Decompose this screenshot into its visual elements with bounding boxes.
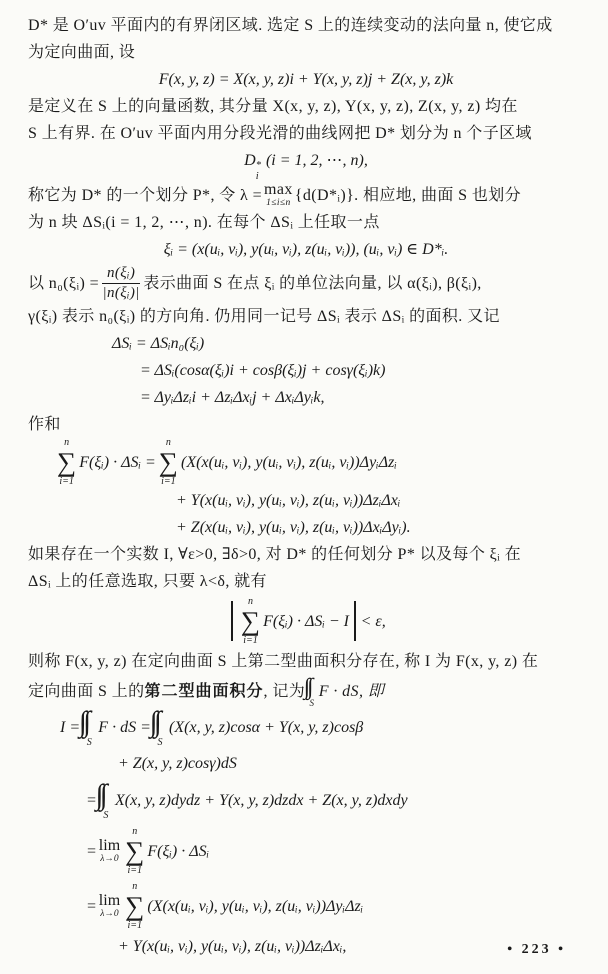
double-integral-glyph: ∫∫ [154, 708, 166, 737]
equation-I-line-1: I = ∫∫S F · dS = ∫∫S (X(x, y, z)cosα + Y… [60, 708, 584, 748]
sigma-symbol: n∑i=1 [125, 827, 144, 876]
definition-text-pre: 定向曲面 S 上的 [28, 678, 145, 705]
body-line-4: S 上有界. 在 O′uv 平面内用分段光滑的曲线网把 D* 划分为 n 个子区… [28, 120, 584, 147]
lim2-rhs: (X(x(uᵢ, vᵢ), y(uᵢ, vᵢ), z(uᵢ, vᵢ))ΔyᵢΔz… [147, 893, 363, 920]
sum-glyph: ∑ [125, 838, 144, 865]
lim-operator: limλ→0 [99, 893, 120, 920]
page-number: • 223 • [507, 942, 566, 958]
equals-sign: = [86, 893, 97, 920]
lim-label: lim [99, 893, 120, 909]
definition-text-mid: , 记为 [264, 678, 306, 705]
max-label: max [264, 182, 293, 198]
sum-lower-limit: i=1 [59, 476, 74, 487]
body-line-10: 如果存在一个实数 I, ∀ε>0, ∃δ>0, 对 D* 的任何划分 P* 以及… [28, 541, 584, 568]
body-line-5: 称它为 D* 的一个划分 P*, 令 λ = max1≤i≤n {d(D*ᵢ)}… [28, 182, 584, 209]
equation-riemann-sum-2: + Y(x(uᵢ, vᵢ), y(uᵢ, vᵢ), z(uᵢ, vᵢ))ΔzᵢΔ… [176, 487, 584, 514]
lim-limits: λ→0 [100, 909, 118, 920]
body-line-7: 以 n₀(ξᵢ) = n(ξᵢ)|n(ξᵢ)| 表示曲面 S 在点 ξᵢ 的单位… [28, 265, 584, 303]
double-integral-glyph: ∫∫ [307, 675, 317, 698]
body-line-6: 为 n 块 ΔSᵢ(i = 1, 2, ⋯, n). 在每个 ΔSᵢ 上任取一点 [28, 209, 584, 236]
body-line-8: γ(ξᵢ) 表示 n₀(ξᵢ) 的方向角. 仍用同一记号 ΔSᵢ 表示 ΔSᵢ … [28, 303, 584, 330]
Di-base: D [244, 152, 256, 169]
equation-I-dydz: = ∫∫S X(x, y, z)dydz + Y(x, y, z)dzdx + … [86, 781, 584, 821]
body-line-2: 为定向曲面, 设 [28, 39, 584, 66]
double-integral-symbol: ∫∫S [100, 781, 112, 821]
sum-lower-limit: i=1 [128, 865, 143, 876]
double-integral-symbol: ∫∫S [83, 708, 95, 748]
body-line-13: 定向曲面 S 上的第二型曲面积分, 记为 ∫∫S F · dS, 即 [28, 675, 584, 708]
equation-xi-point: ξᵢ = (x(uᵢ, vᵢ), y(uᵢ, vᵢ), z(uᵢ, vᵢ)), … [28, 236, 584, 263]
double-integral-glyph: ∫∫ [83, 708, 95, 737]
sum-glyph: ∑ [57, 449, 76, 476]
I-equals: I = [60, 714, 80, 741]
Di-rest: (i = 1, 2, ⋯, n), [262, 152, 368, 169]
equation-I-line-2: + Z(x, y, z)cosγ)dS [118, 750, 584, 777]
sigma-symbol: n∑i=1 [125, 882, 144, 931]
lim-limits: λ→0 [100, 854, 118, 865]
sigma-symbol: n∑i=1 [241, 597, 260, 646]
equation-delta-S-2: = ΔSᵢ(cosα(ξᵢ)i + cosβ(ξᵢ)j + cosγ(ξᵢ)k) [140, 357, 584, 384]
max-operator: max1≤i≤n [264, 182, 293, 209]
equals-sign: = [86, 838, 97, 865]
sum-rhs-1: (X(x(uᵢ, vᵢ), y(uᵢ, vᵢ), z(uᵢ, vᵢ))ΔyᵢΔz… [181, 449, 397, 476]
body-line-12: 则称 F(x, y, z) 在定向曲面 S 上第二型曲面积分存在, 称 I 为 … [28, 648, 584, 675]
equals-sign: = [86, 787, 97, 814]
partition-text-pre: 称它为 D* 的一个划分 P*, 令 λ = [28, 182, 262, 209]
equation-riemann-sum-3: + Z(x(uᵢ, vᵢ), y(uᵢ, vᵢ), z(uᵢ, vᵢ))ΔxᵢΔ… [176, 514, 584, 541]
equation-riemann-sum-1: n∑i=1 F(ξᵢ) · ΔSᵢ = n∑i=1 (X(x(uᵢ, vᵢ), … [54, 438, 584, 487]
max-limits: 1≤i≤n [266, 198, 291, 209]
equation-delta-S-1: ΔSᵢ = ΔSᵢn₀(ξᵢ) [112, 330, 584, 357]
equation-epsilon-bound: n∑i=1 F(ξᵢ) · ΔSᵢ − I < ε, [28, 597, 584, 646]
double-integral-glyph: ∫∫ [100, 781, 112, 810]
Di-superscript: * [256, 161, 261, 172]
integral-domain-S: S [310, 698, 315, 708]
integral-domain-S: S [103, 810, 108, 821]
fraction-denominator: |n(ξᵢ)| [102, 284, 139, 302]
fraction-unit-normal: n(ξᵢ)|n(ξᵢ)| [102, 265, 140, 303]
sum-glyph: ∑ [125, 893, 144, 920]
abs-bar-right [354, 601, 356, 641]
sum-lower-limit: i=1 [128, 920, 143, 931]
lim-operator: limλ→0 [99, 838, 120, 865]
lim1-rhs: F(ξᵢ) · ΔSᵢ [147, 838, 209, 865]
sum-glyph: ∑ [159, 449, 178, 476]
sigma-symbol: n∑i=1 [57, 438, 76, 487]
sum-lower-limit: i=1 [243, 635, 258, 646]
I-mid: F · dS = [98, 714, 151, 741]
double-integral-symbol: ∫∫S [307, 675, 317, 708]
I-rhs-1: (X(x, y, z)cosα + Y(x, y, z)cosβ [169, 714, 363, 741]
double-integral-symbol: ∫∫S [154, 708, 166, 748]
fraction-numerator: n(ξᵢ) [102, 265, 140, 284]
abs-tail: < ε, [361, 608, 386, 635]
abs-middle: F(ξᵢ) · ΔSᵢ − I [263, 608, 349, 635]
integral-domain-S: S [87, 737, 92, 748]
equation-vector-field-F: F(x, y, z) = X(x, y, z)i + Y(x, y, z)j +… [28, 66, 584, 93]
partition-text-post: {d(D*ᵢ)}. 相应地, 曲面 S 也划分 [295, 182, 521, 209]
sum-lhs: F(ξᵢ) · ΔSᵢ = [79, 449, 156, 476]
textbook-page: D* 是 O′uv 平面内的有界闭区域. 选定 S 上的连续变动的法向量 n, … [0, 0, 608, 974]
body-line-11: ΔSᵢ 上的任意选取, 只要 λ<δ, 就有 [28, 568, 584, 595]
body-line-9: 作和 [28, 411, 584, 438]
body-line-3: 是定义在 S 上的向量函数, 其分量 X(x, y, z), Y(x, y, z… [28, 93, 584, 120]
unit-normal-text-pre: 以 n₀(ξᵢ) = [28, 270, 99, 297]
definition-FdS: F · dS, 即 [319, 678, 384, 705]
sum-lower-limit: i=1 [161, 476, 176, 487]
sum-glyph: ∑ [241, 608, 260, 635]
Di-supsub: *i [256, 161, 261, 182]
sigma-symbol: n∑i=1 [159, 438, 178, 487]
unit-normal-text-post: 表示曲面 S 在点 ξᵢ 的单位法向量, 以 α(ξᵢ), β(ξᵢ), [143, 270, 481, 297]
lim-label: lim [99, 838, 120, 854]
integral-domain-S: S [157, 737, 162, 748]
Di-subscript: i [256, 172, 259, 183]
equation-I-lim-1: = limλ→0n∑i=1 F(ξᵢ) · ΔSᵢ [86, 827, 584, 876]
I2-rhs: X(x, y, z)dydz + Y(x, y, z)dzdx + Z(x, y… [115, 787, 408, 814]
body-line-1: D* 是 O′uv 平面内的有界闭区域. 选定 S 上的连续变动的法向量 n, … [28, 12, 584, 39]
equation-delta-S-3: = ΔyᵢΔzᵢi + ΔzᵢΔxᵢj + ΔxᵢΔyᵢk, [140, 384, 584, 411]
abs-bar-left [231, 601, 233, 641]
bold-term-surface-integral: 第二型曲面积分 [145, 678, 264, 705]
equation-I-lim-2: = limλ→0n∑i=1 (X(x(uᵢ, vᵢ), y(uᵢ, vᵢ), z… [86, 882, 584, 931]
equation-subregions-Di: D*i (i = 1, 2, ⋯, n), [28, 147, 584, 182]
